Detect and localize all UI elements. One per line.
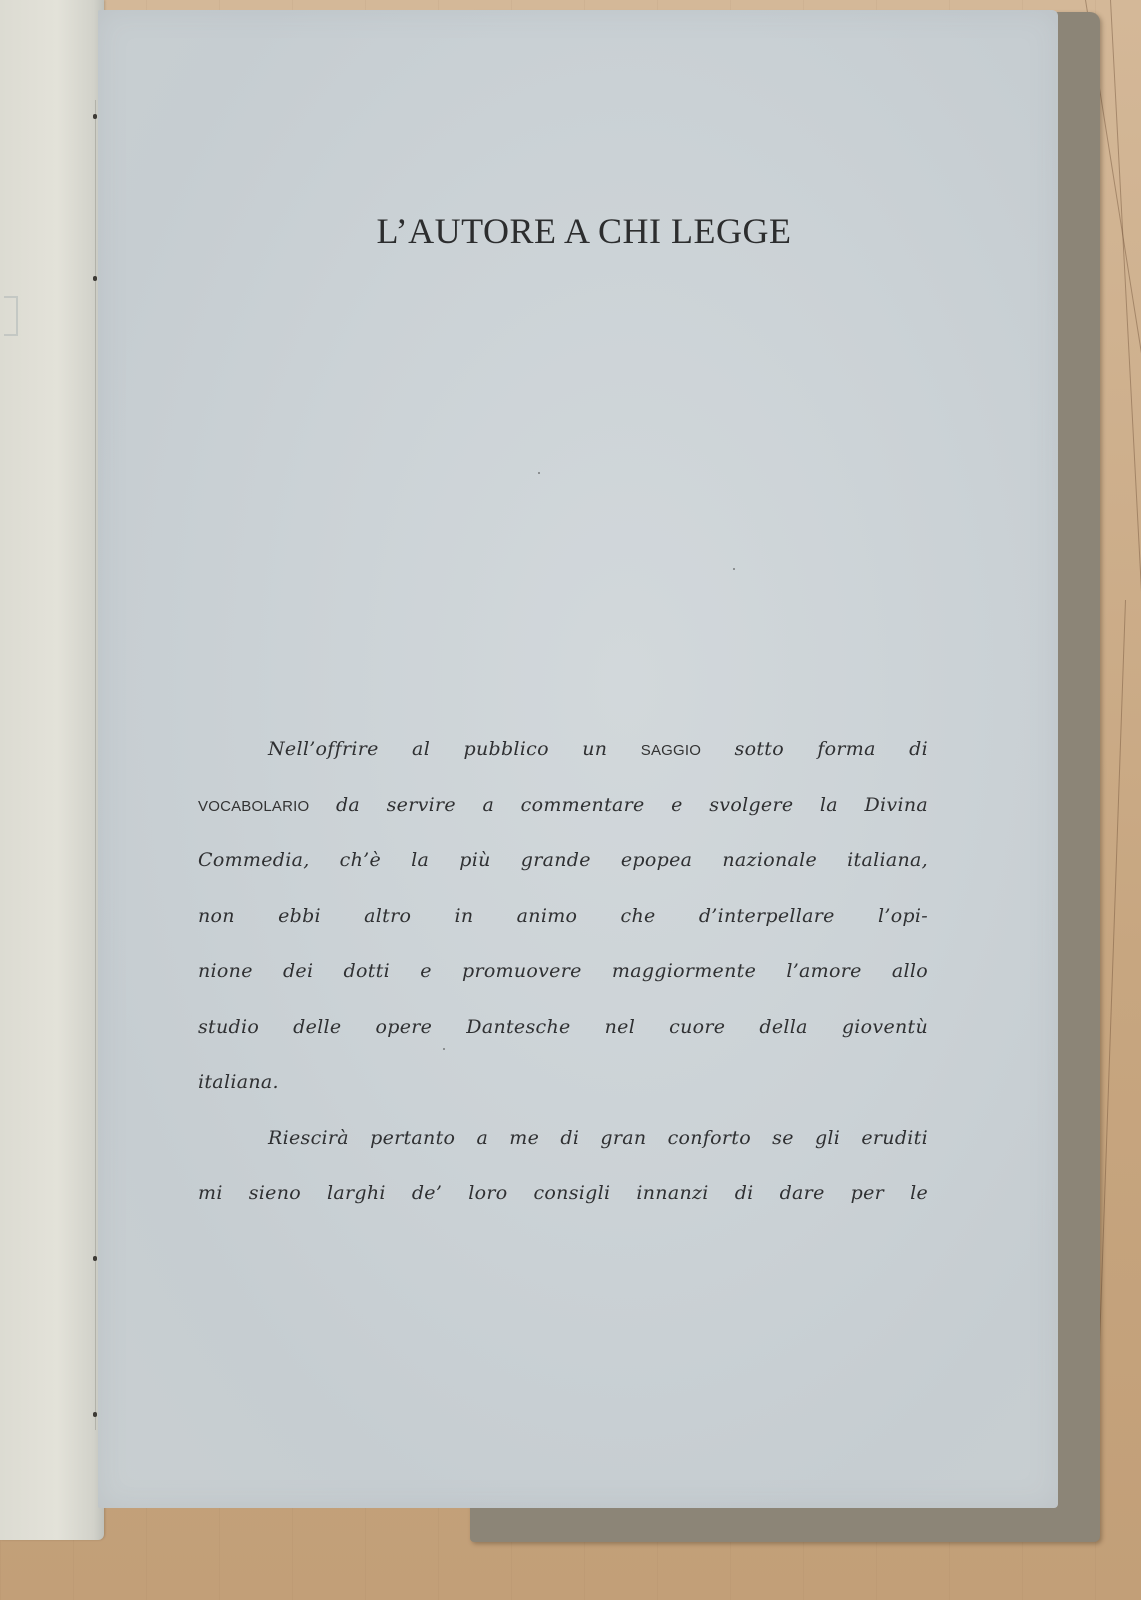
text-line: Commedia, ch’è la più grande epopea nazi…: [198, 833, 928, 889]
text-line: nione dei dotti e promuovere maggiorment…: [198, 944, 928, 1000]
show-through-letter: [4, 296, 18, 336]
document-page: L’AUTORE A CHI LEGGE Nell’offrire al pub…: [98, 10, 1058, 1508]
paper-speck: [443, 1048, 445, 1050]
paper-speck: [538, 472, 540, 474]
binding-stitch: [93, 276, 97, 281]
text-line: italiana.: [198, 1055, 928, 1111]
left-facing-page: [0, 0, 104, 1540]
text-line: VOCABOLARIO da servire a commentare e sv…: [198, 778, 928, 834]
text-line: studio delle opere Dantesche nel cuore d…: [198, 1000, 928, 1056]
table-scratch: [1110, 0, 1141, 1598]
binding-stitch: [93, 1256, 97, 1261]
text-line: Nell’offrire al pubblico un SAGGIO sotto…: [198, 722, 928, 778]
binding-stitch: [93, 114, 97, 119]
text-line: non ebbi altro in animo che d’interpella…: [198, 889, 928, 945]
body-text: Nell’offrire al pubblico un SAGGIO sotto…: [198, 722, 928, 1222]
binding-stitch: [93, 1412, 97, 1417]
paper-speck: [733, 568, 735, 570]
page-title: L’AUTORE A CHI LEGGE: [98, 210, 1058, 252]
text-line: Riescirà pertanto a me di gran conforto …: [198, 1111, 928, 1167]
page-gutter: [95, 100, 96, 1430]
text-line: mi sieno larghi de’ loro consigli innanz…: [198, 1166, 928, 1222]
